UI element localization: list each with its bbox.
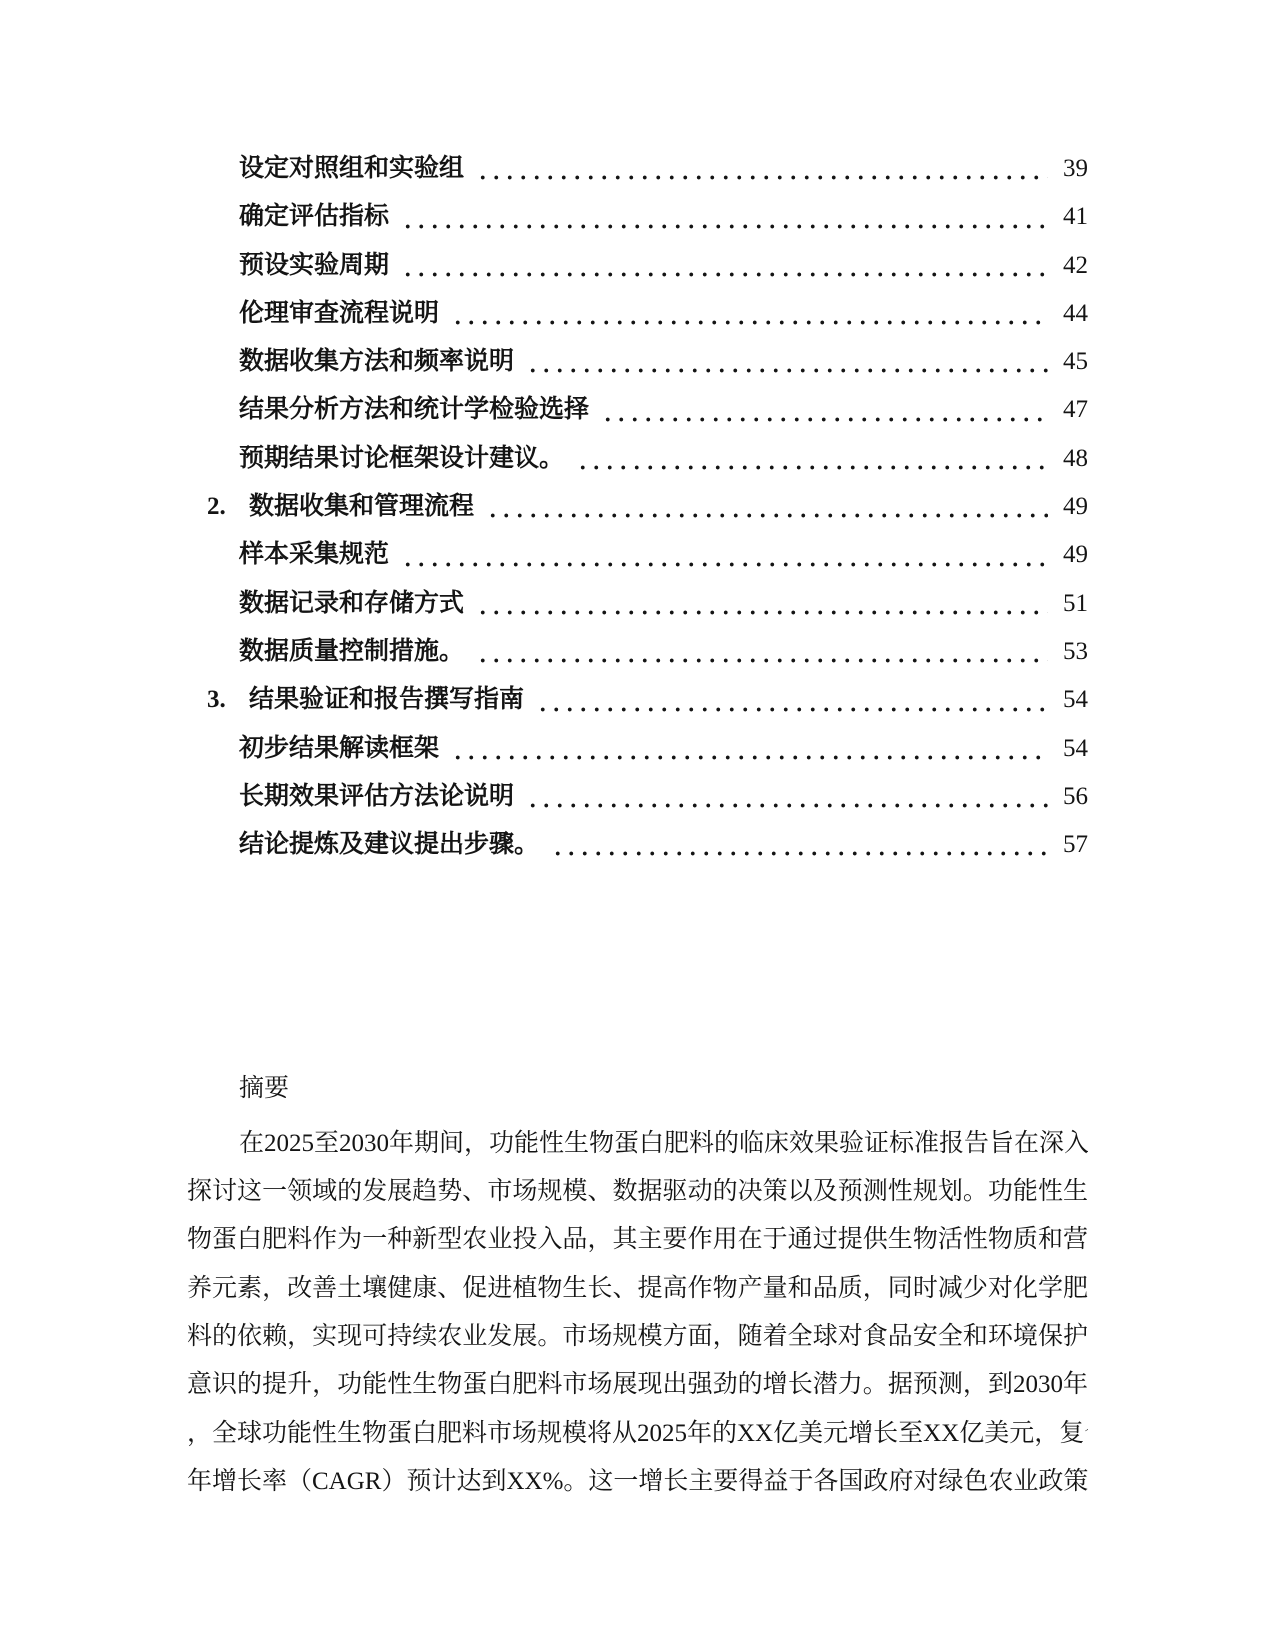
toc-leader-dots <box>474 580 1048 628</box>
toc-entry[interactable]: 设定对照组和实验组 39 <box>187 145 1088 193</box>
toc-entry-title: 数据收集方法和频率说明 <box>239 338 514 386</box>
toc-entry[interactable]: 初步结果解读框架 54 <box>187 725 1088 773</box>
abstract-line: 料的依赖，实现可持续农业发展。市场规模方面，随着全球对食品安全和环境保护 <box>187 1313 1088 1361</box>
toc-page-number: 54 <box>1054 725 1088 773</box>
toc-entry-title: 数据收集和管理流程 <box>249 483 474 531</box>
toc-entry[interactable]: 结果分析方法和统计学检验选择 47 <box>187 386 1088 434</box>
toc-entry[interactable]: 伦理审查流程说明 44 <box>187 290 1088 338</box>
toc-entry[interactable]: 数据记录和存储方式 51 <box>187 580 1088 628</box>
toc-leader-dots <box>399 531 1048 579</box>
toc-leader-dots <box>399 193 1048 241</box>
toc-entry-title: 数据质量控制措施。 <box>239 628 464 676</box>
abstract-paragraph: 在2025至2030年期间，功能性生物蛋白肥料的临床效果验证标准报告旨在深入 探… <box>187 1120 1088 1506</box>
toc-page-number: 42 <box>1054 242 1088 290</box>
toc-entry-title: 结果分析方法和统计学检验选择 <box>239 386 589 434</box>
document-page: 设定对照组和实验组 39 确定评估指标 41 预设实验周期 42 伦理审查流程说… <box>0 0 1275 1650</box>
toc-leader-dots <box>534 676 1048 724</box>
toc-page-number: 56 <box>1054 773 1088 821</box>
abstract-line: 物蛋白肥料作为一种新型农业投入品，其主要作用在于通过提供生物活性物质和营 <box>187 1216 1088 1264</box>
toc-entry-title: 伦理审查流程说明 <box>239 290 439 338</box>
abstract-line: 年增长率（CAGR）预计达到XX%。这一增长主要得益于各国政府对绿色农业政策的 <box>187 1458 1088 1506</box>
toc-page-number: 49 <box>1054 531 1088 579</box>
toc-entry[interactable]: 样本采集规范 49 <box>187 531 1088 579</box>
toc-entry-title: 确定评估指标 <box>239 193 389 241</box>
abstract-line: 在2025至2030年期间，功能性生物蛋白肥料的临床效果验证标准报告旨在深入 <box>187 1120 1088 1168</box>
toc-entry[interactable]: 2. 数据收集和管理流程 49 <box>187 483 1088 531</box>
toc-leader-dots <box>549 821 1048 869</box>
toc-page-number: 49 <box>1054 483 1088 531</box>
toc-leader-dots <box>574 435 1048 483</box>
toc-leader-dots <box>399 242 1048 290</box>
toc-page-number: 57 <box>1054 821 1088 869</box>
toc-page-number: 51 <box>1054 580 1088 628</box>
toc-page-number: 53 <box>1054 628 1088 676</box>
abstract-line: 养元素，改善土壤健康、促进植物生长、提高作物产量和品质，同时减少对化学肥 <box>187 1265 1088 1313</box>
toc-entry-title: 数据记录和存储方式 <box>239 580 464 628</box>
toc-leader-dots <box>474 628 1048 676</box>
toc-entry[interactable]: 3. 结果验证和报告撰写指南 54 <box>187 676 1088 724</box>
toc-leader-dots <box>524 773 1048 821</box>
toc-page-number: 44 <box>1054 290 1088 338</box>
toc-entry-number: 2. <box>207 483 249 531</box>
abstract-line: 意识的提升，功能性生物蛋白肥料市场展现出强劲的增长潜力。据预测，到2030年 <box>187 1361 1088 1409</box>
toc-entry-title: 预期结果讨论框架设计建议。 <box>239 435 564 483</box>
toc-leader-dots <box>449 290 1048 338</box>
toc-entry-title: 结果验证和报告撰写指南 <box>249 676 524 724</box>
toc-page-number: 39 <box>1054 145 1088 193</box>
toc-page-number: 47 <box>1054 386 1088 434</box>
abstract-line: ，全球功能性生物蛋白肥料市场规模将从2025年的XX亿美元增长至XX亿美元，复合 <box>187 1410 1088 1458</box>
toc-page-number: 45 <box>1054 338 1088 386</box>
toc-leader-dots <box>524 338 1048 386</box>
toc-entry-title: 初步结果解读框架 <box>239 725 439 773</box>
toc-leader-dots <box>449 725 1048 773</box>
toc-entry[interactable]: 长期效果评估方法论说明 56 <box>187 773 1088 821</box>
page-content: 设定对照组和实验组 39 确定评估指标 41 预设实验周期 42 伦理审查流程说… <box>0 145 1275 1506</box>
abstract-line: 探讨这一领域的发展趋势、市场规模、数据驱动的决策以及预测性规划。功能性生 <box>187 1168 1088 1216</box>
toc-entry[interactable]: 数据收集方法和频率说明 45 <box>187 338 1088 386</box>
abstract-section: 摘要 在2025至2030年期间，功能性生物蛋白肥料的临床效果验证标准报告旨在深… <box>187 1065 1088 1506</box>
toc-entry-title: 设定对照组和实验组 <box>239 145 464 193</box>
toc-entry-number: 3. <box>207 676 249 724</box>
toc-leader-dots <box>599 386 1048 434</box>
toc-entry[interactable]: 结论提炼及建议提出步骤。 57 <box>187 821 1088 869</box>
toc-entry[interactable]: 数据质量控制措施。 53 <box>187 628 1088 676</box>
toc-page-number: 48 <box>1054 435 1088 483</box>
toc-leader-dots <box>474 145 1048 193</box>
toc-entry[interactable]: 预期结果讨论框架设计建议。 48 <box>187 435 1088 483</box>
abstract-heading: 摘要 <box>187 1065 1088 1113</box>
toc-entry[interactable]: 预设实验周期 42 <box>187 242 1088 290</box>
toc-entry-title: 结论提炼及建议提出步骤。 <box>239 821 539 869</box>
toc-entry[interactable]: 确定评估指标 41 <box>187 193 1088 241</box>
toc-entry-title: 预设实验周期 <box>239 242 389 290</box>
toc-leader-dots <box>484 483 1048 531</box>
toc-page-number: 41 <box>1054 193 1088 241</box>
toc-entry-title: 样本采集规范 <box>239 531 389 579</box>
toc-entry-title: 长期效果评估方法论说明 <box>239 773 514 821</box>
toc-page-number: 54 <box>1054 676 1088 724</box>
table-of-contents: 设定对照组和实验组 39 确定评估指标 41 预设实验周期 42 伦理审查流程说… <box>187 145 1088 869</box>
